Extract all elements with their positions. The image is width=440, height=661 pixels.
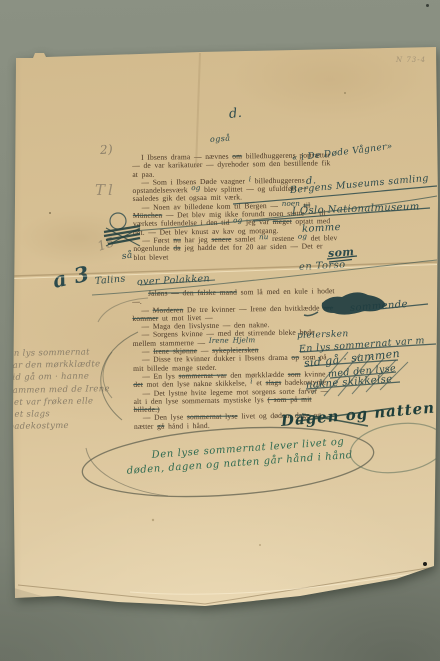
pin-hole bbox=[423, 562, 427, 566]
paper-fold bbox=[18, 567, 434, 604]
left-margin-note: En lys sommernat var den mørkklædte sid … bbox=[7, 346, 112, 433]
pencil-line: sammen med de Irene bbox=[8, 383, 112, 397]
paper-sheet: N 73-4 2) Tl 15 så a 3 d. også Talins ov… bbox=[0, 0, 440, 661]
paper-fold bbox=[196, 53, 200, 168]
green-circled-note: Den lyse sommernat lever livet og døden,… bbox=[125, 433, 376, 477]
margin-note: komme bbox=[302, 222, 341, 235]
background-speck bbox=[426, 4, 429, 7]
margin-note: som bbox=[328, 245, 355, 260]
paper-speck bbox=[259, 544, 261, 546]
manuscript-paper: N 73-4 2) Tl 15 så a 3 d. også Talins ov… bbox=[0, 0, 440, 661]
corner-fold bbox=[14, 588, 52, 599]
crossed-note: sommende bbox=[350, 299, 409, 314]
ink-word-talins: Talins bbox=[95, 273, 127, 287]
paper-fold bbox=[130, 571, 432, 594]
catalog-number: N 73-4 bbox=[396, 56, 426, 64]
pencil-line: var den mørkklædte bbox=[7, 358, 111, 372]
paper-speck bbox=[152, 519, 154, 521]
doodle-circle bbox=[110, 213, 126, 229]
ink-mark-saa: så bbox=[121, 251, 133, 262]
margin-note: « i De Døde Vågner» bbox=[291, 142, 393, 164]
paper-speck bbox=[49, 212, 51, 214]
crossed-note: pleiersken bbox=[297, 329, 349, 341]
scan-background: N 73-4 2) Tl 15 så a 3 d. også Talins ov… bbox=[0, 0, 440, 661]
pencil-line: i et slags badekostyme bbox=[8, 407, 112, 433]
ink-mark-az: a 3 bbox=[50, 261, 91, 293]
ink-word-over-polakken: over Polakken bbox=[137, 273, 211, 288]
ink-mark-d: d. bbox=[228, 106, 243, 122]
pencil-mark-15: 15 bbox=[96, 235, 117, 255]
page-number-mark: 2) bbox=[100, 142, 114, 157]
margin-note: en Torso bbox=[299, 260, 346, 273]
ink-insert-ogsaa: også bbox=[210, 134, 231, 144]
paper-speck bbox=[344, 92, 346, 94]
pencil-mark-tl: Tl bbox=[95, 181, 116, 199]
typed-paragraph: — Først nu har jeg senere samlet nu rest… bbox=[133, 234, 338, 262]
